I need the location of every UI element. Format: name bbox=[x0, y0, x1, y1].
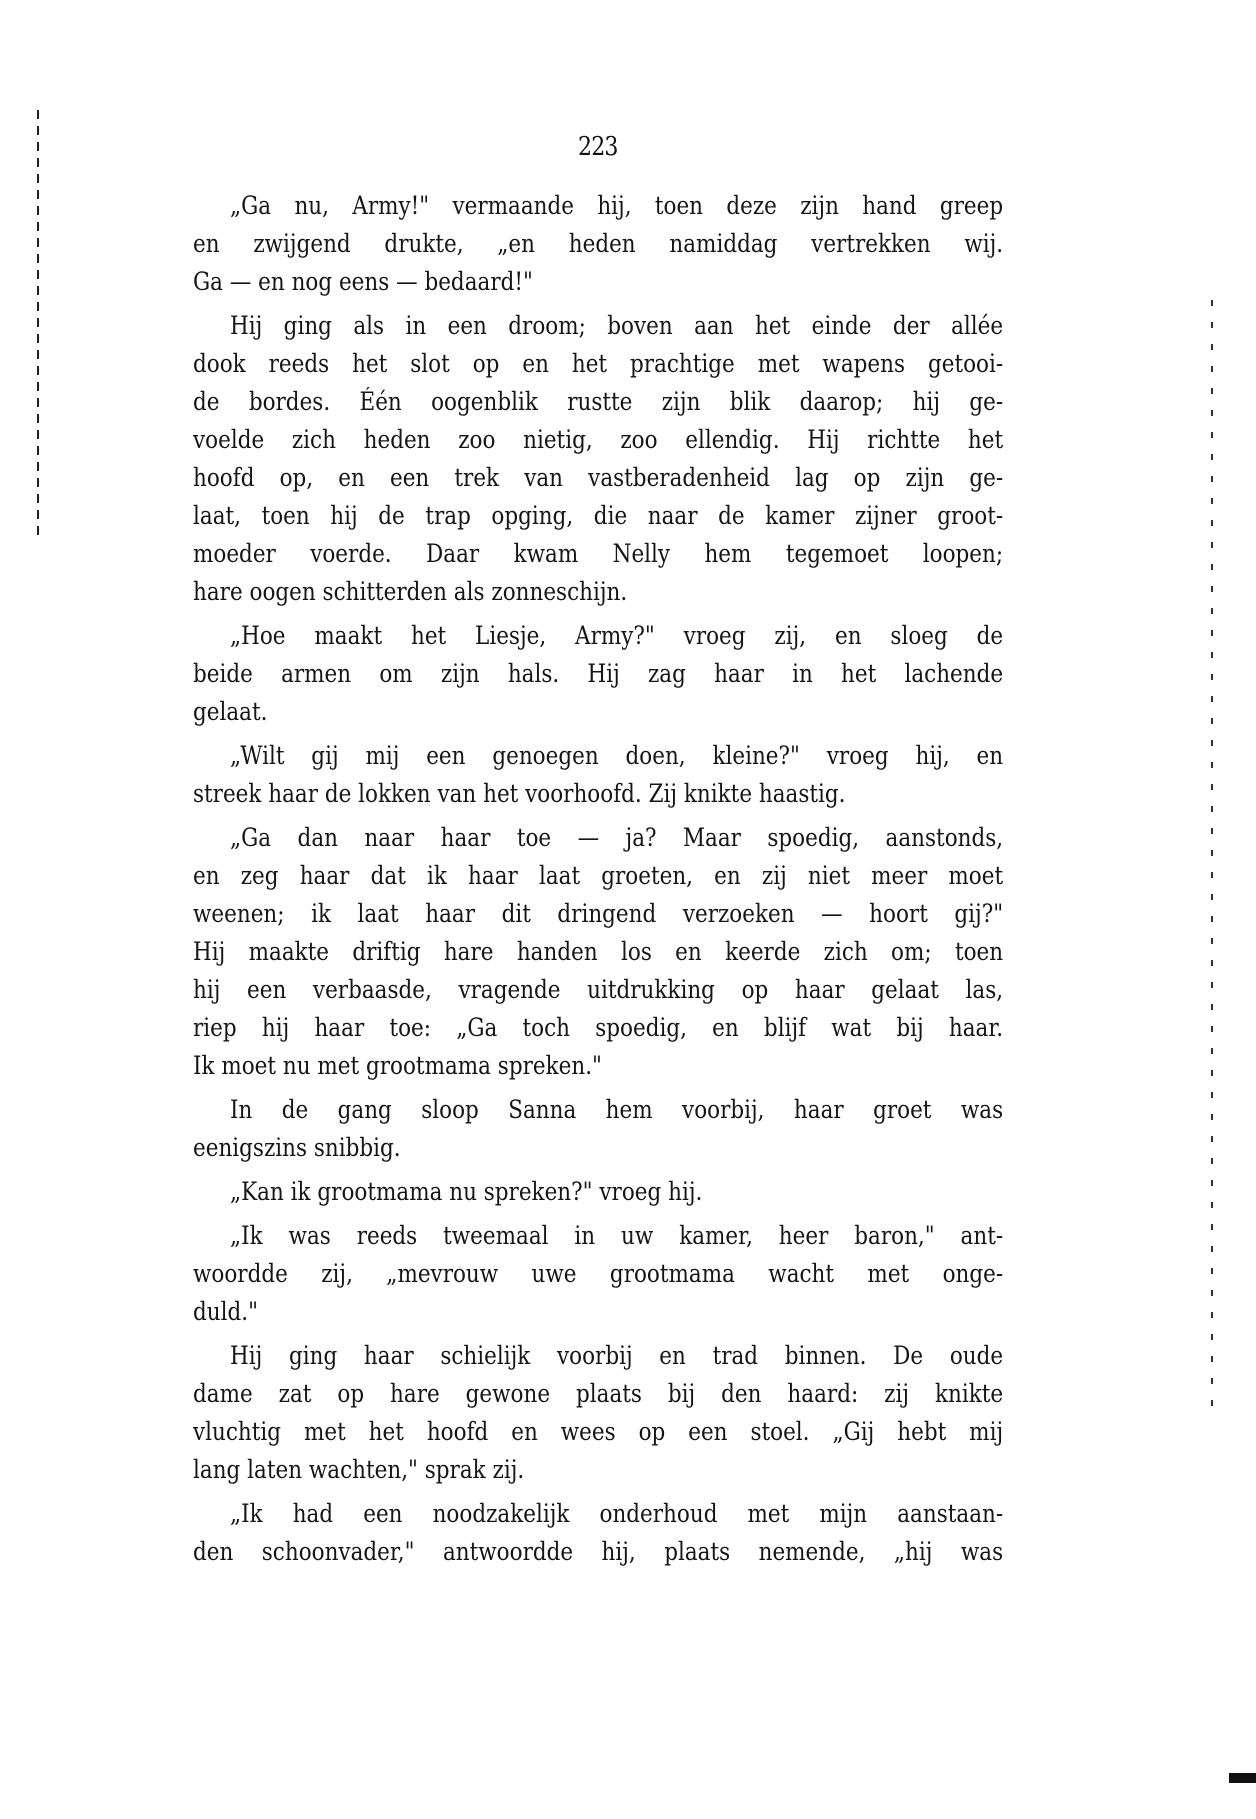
text-line: dame zat op hare gewone plaats bij den h… bbox=[193, 1375, 1003, 1413]
scan-artifact-bottom-mark bbox=[1229, 1773, 1256, 1783]
text-line: streek haar de lokken van het voorhoofd.… bbox=[193, 775, 1003, 813]
text-line: en zwijgend drukte, „en heden namiddag v… bbox=[193, 225, 1003, 263]
scanned-book-page: 223 „Ga nu, Army!" vermaande hij, toen d… bbox=[0, 0, 1256, 1819]
text-line: laat, toen hij de trap opging, die naar … bbox=[193, 497, 1003, 535]
body-text: „Ga nu, Army!" vermaande hij, toen deze … bbox=[193, 187, 1003, 1571]
text-line: „Ik had een noodzakelijk onderhoud met m… bbox=[193, 1495, 1003, 1533]
text-line: Ik moet nu met grootmama spreken." bbox=[193, 1047, 1003, 1085]
text-line: dook reeds het slot op en het prachtige … bbox=[193, 345, 1003, 383]
page-number: 223 bbox=[578, 132, 618, 162]
text-line: voelde zich heden zoo nietig, zoo ellend… bbox=[193, 421, 1003, 459]
text-line: de bordes. Één oogenblik rustte zijn bli… bbox=[193, 383, 1003, 421]
text-line: In de gang sloop Sanna hem voorbij, haar… bbox=[193, 1091, 1003, 1129]
text-line: gelaat. bbox=[193, 693, 1003, 731]
text-line: „Wilt gij mij een genoegen doen, kleine?… bbox=[193, 737, 1003, 775]
text-line: „Ga dan naar haar toe — ja? Maar spoedig… bbox=[193, 819, 1003, 857]
text-line: en zeg haar dat ik haar laat groeten, en… bbox=[193, 857, 1003, 895]
text-line: duld." bbox=[193, 1293, 1003, 1331]
text-line: hoofd op, en een trek van vastberadenhei… bbox=[193, 459, 1003, 497]
text-line: woordde zij, „mevrouw uwe grootmama wach… bbox=[193, 1255, 1003, 1293]
text-line: moeder voerde. Daar kwam Nelly hem tegem… bbox=[193, 535, 1003, 573]
text-line: eenigszins snibbig. bbox=[193, 1129, 1003, 1167]
text-line: beide armen om zijn hals. Hij zag haar i… bbox=[193, 655, 1003, 693]
text-line: Hij ging haar schielijk voorbij en trad … bbox=[193, 1337, 1003, 1375]
text-line: „Ga nu, Army!" vermaande hij, toen deze … bbox=[193, 187, 1003, 225]
text-line: Hij maakte driftig hare handen los en ke… bbox=[193, 933, 1003, 971]
text-line: „Hoe maakt het Liesje, Army?" vroeg zij,… bbox=[193, 617, 1003, 655]
text-line: hare oogen schitterden als zonneschijn. bbox=[193, 573, 1003, 611]
text-line: Hij ging als in een droom; boven aan het… bbox=[193, 307, 1003, 345]
text-line: hij een verbaasde, vragende uitdrukking … bbox=[193, 971, 1003, 1009]
text-line: Ga — en nog eens — bedaard!" bbox=[193, 263, 1003, 301]
text-line: „Kan ik grootmama nu spreken?" vroeg hij… bbox=[193, 1173, 1003, 1211]
scan-artifact-left-edge bbox=[37, 110, 39, 540]
text-line: „Ik was reeds tweemaal in uw kamer, heer… bbox=[193, 1217, 1003, 1255]
scan-artifact-right-edge bbox=[1211, 300, 1213, 1420]
text-line: weenen; ik laat haar dit dringend verzoe… bbox=[193, 895, 1003, 933]
text-line: vluchtig met het hoofd en wees op een st… bbox=[193, 1413, 1003, 1451]
text-line: den schoonvader," antwoordde hij, plaats… bbox=[193, 1533, 1003, 1571]
text-line: riep hij haar toe: „Ga toch spoedig, en … bbox=[193, 1009, 1003, 1047]
text-line: lang laten wachten," sprak zij. bbox=[193, 1451, 1003, 1489]
